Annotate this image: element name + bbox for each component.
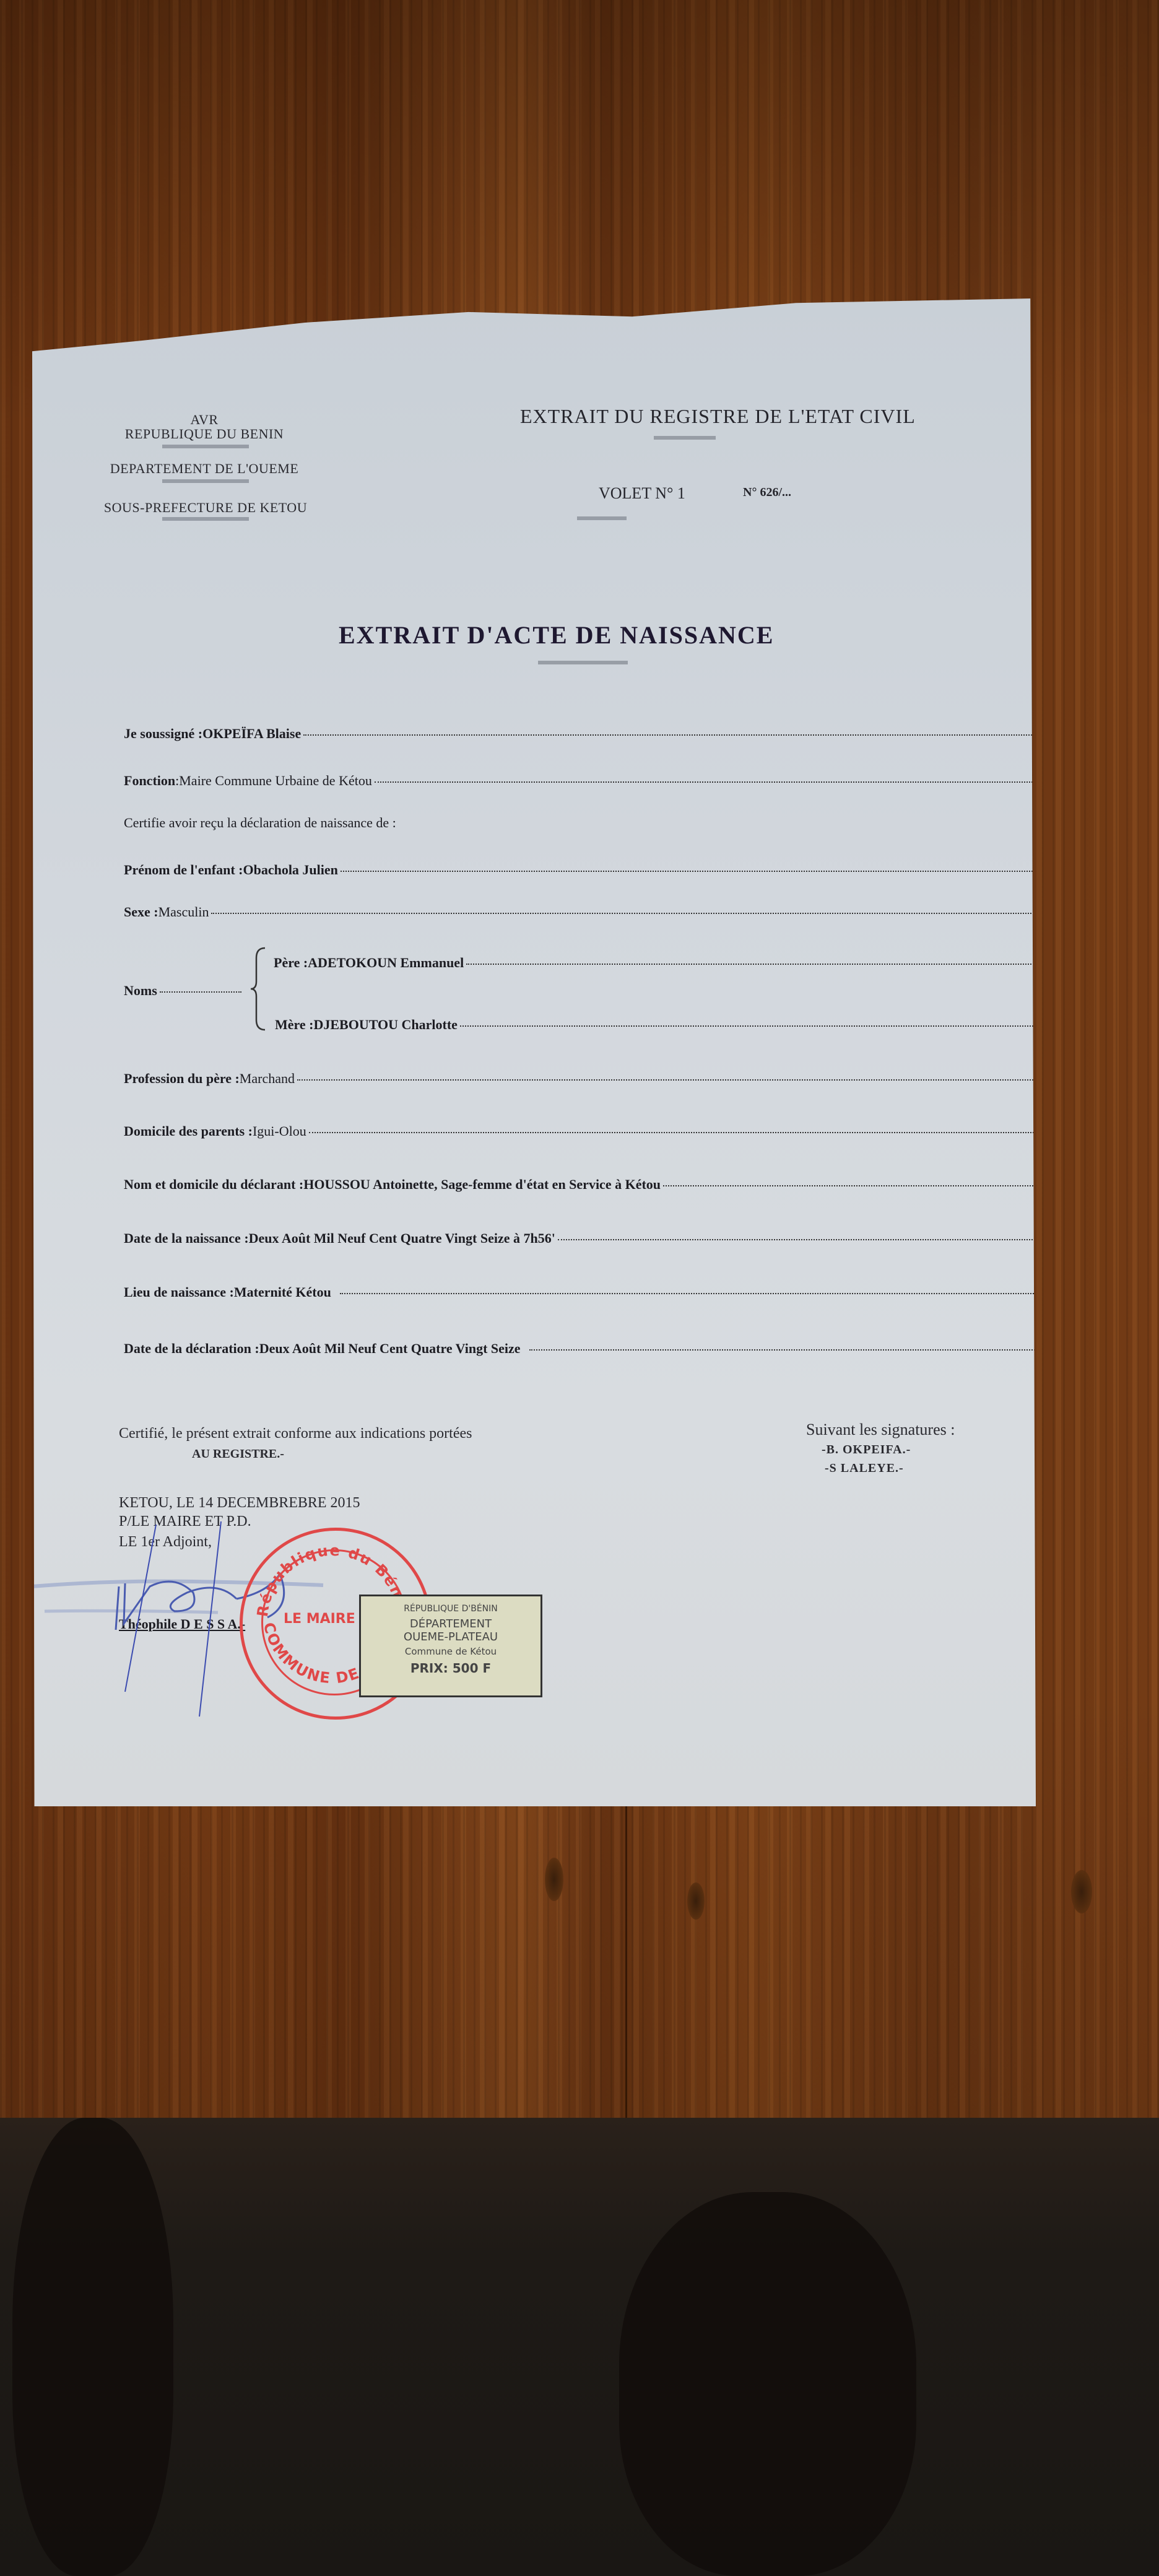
underline [654, 436, 716, 440]
mother-name-value: DJEBOUTOU Charlotte [314, 1017, 458, 1033]
underline [162, 517, 249, 521]
field-mother: Mère : DJEBOUTOU Charlotte [275, 1017, 1083, 1033]
underline [162, 479, 249, 483]
foot-shadow [12, 2118, 173, 2576]
brace-icon [249, 946, 267, 1032]
parents-domicile-value: Igui-Olou [253, 1123, 306, 1139]
field-soussigne: Je soussigné : OKPEÏFA Blaise [124, 726, 1046, 742]
record-number: N° 626/... [743, 485, 791, 500]
fonction-value: Maire Commune Urbaine de Kétou [179, 773, 372, 789]
field-child-first-name: Prénom de l'enfant : Obachola Julien [124, 862, 1065, 878]
field-parents-domicile: Domicile des parents : Igui-Olou [124, 1123, 1083, 1139]
field-declarant: Nom et domicile du déclarant : HOUSSOU A… [124, 1177, 1080, 1193]
volet-number: VOLET N° 1 [599, 484, 685, 503]
birth-certificate-document: AVR REPUBLIQUE DU BENIN DEPARTEMENT DE L… [32, 298, 1123, 1806]
plank-seam [625, 1790, 627, 2118]
signature-laleye: -S LALEYE.- [825, 1461, 904, 1476]
dotted-leader [303, 734, 1046, 736]
dotted-leader [160, 991, 241, 993]
certified-register: AU REGISTRE.- [192, 1447, 284, 1461]
father-name-value: ADETOKOUN Emmanuel [308, 955, 464, 971]
certified-statement: Certifié, le présent extrait conforme au… [119, 1425, 472, 1442]
dotted-leader [211, 913, 1071, 914]
signature-okpeifa: -B. OKPEIFA.- [822, 1443, 911, 1457]
field-father-profession: Profession du père : Marchand [124, 1071, 1080, 1087]
field-birth-place: Lieu de naissance : Maternité Kétou [124, 1284, 1083, 1300]
soussigne-value: OKPEÏFA Blaise [202, 726, 301, 742]
wood-knot [1071, 1870, 1092, 1913]
header-subprefecture: SOUS-PREFECTURE DE KETOU [91, 500, 320, 516]
header-republic: REPUBLIQUE DU BENIN [105, 426, 303, 442]
field-birth-date: Date de la naissance : Deux Août Mil Neu… [124, 1230, 1077, 1247]
wood-knot [545, 1858, 563, 1901]
dotted-leader [663, 1185, 1080, 1186]
dotted-leader [529, 1349, 1085, 1351]
dotted-leader [460, 1025, 1083, 1027]
birth-date-value: Deux Août Mil Neuf Cent Quatre Vingt Sei… [249, 1230, 555, 1247]
dotted-leader [340, 1293, 1083, 1294]
signatures-heading: Suivant les signatures : [806, 1421, 955, 1439]
field-fonction: Fonction : Maire Commune Urbaine de Kéto… [124, 773, 1065, 789]
underline [162, 445, 249, 448]
child-first-name-value: Obachola Julien [243, 862, 337, 878]
field-names-label: Noms [124, 983, 241, 999]
header-department: DEPARTEMENT DE L'OUEME [105, 461, 303, 477]
certify-statement: Certifie avoir reçu la déclaration de na… [124, 815, 396, 831]
dotted-leader [466, 964, 1079, 965]
dotted-leader [558, 1239, 1077, 1240]
underline [577, 516, 627, 520]
foot-shadow [619, 2192, 916, 2576]
field-sex: Sexe : Masculin [124, 904, 1071, 920]
birth-place-value: Maternité Kétou [234, 1284, 331, 1300]
floor-background [0, 2118, 1159, 2576]
father-profession-value: Marchand [240, 1071, 295, 1087]
sex-value: Masculin [158, 904, 209, 920]
dotted-leader [341, 871, 1065, 872]
seal-center-text: LE MAIRE [284, 1611, 355, 1627]
declaration-date-value: Deux Août Mil Neuf Cent Quatre Vingt Sei… [259, 1341, 521, 1357]
document-title: EXTRAIT D'ACTE DE NAISSANCE [339, 620, 774, 650]
field-declaration-date: Date de la déclaration : Deux Août Mil N… [124, 1341, 1085, 1357]
header-registry-title: EXTRAIT DU REGISTRE DE L'ETAT CIVIL [520, 405, 916, 428]
dotted-leader [375, 781, 1065, 783]
declarant-value: HOUSSOU Antoinette, Sage-femme d'état en… [303, 1177, 661, 1193]
stamp-price: PRIX: 500 F [361, 1661, 540, 1676]
tax-stamp: RÉPUBLIQUE D'BÉNIN DÉPARTEMENT OUEME-PLA… [359, 1595, 542, 1697]
dotted-leader [309, 1132, 1083, 1133]
wood-knot [687, 1882, 705, 1920]
underline [538, 661, 628, 664]
field-father: Père : ADETOKOUN Emmanuel [274, 955, 1079, 971]
dotted-leader [297, 1079, 1080, 1081]
place-and-date: KETOU, LE 14 DECEMBREBRE 2015 [119, 1495, 360, 1512]
